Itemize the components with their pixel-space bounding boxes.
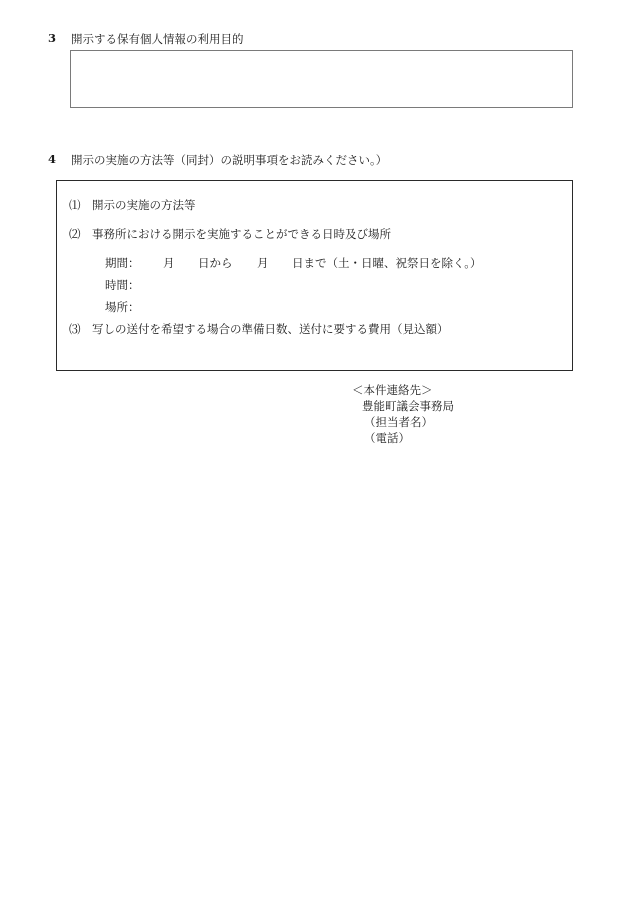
contact-person: （担当者名） [364,414,433,430]
period-until: 日まで（土・日曜、祝祭日を除く。） [292,255,482,271]
item-3-number: ⑶ [69,321,81,337]
period-month-1: 月 [163,255,175,271]
contact-office: 豊能町議会事務局 [362,398,454,414]
item-2-label: 事務所における開示を実施することができる日時及び場所 [92,226,391,242]
item-2-number: ⑵ [69,226,81,242]
section-4-number: 4 [48,152,56,166]
item-3-label: 写しの送付を希望する場合の準備日数、送付に要する費用（見込額） [92,321,449,337]
purpose-of-use-field[interactable] [70,50,573,108]
time-label: 時間： [105,277,140,293]
period-month-2: 月 [257,255,269,271]
section-3-title: 開示する保有個人情報の利用目的 [71,31,244,47]
contact-phone: （電話） [364,430,410,446]
period-label: 期間： [105,255,140,271]
item-1-number: ⑴ [69,197,81,213]
place-label: 場所： [105,299,140,315]
section-3-number: 3 [48,31,56,45]
period-from: 日から [198,255,233,271]
item-1-label: 開示の実施の方法等 [92,197,196,213]
section-4-title: 開示の実施の方法等（同封）の説明事項をお読みください。） [71,152,387,168]
contact-heading: ＜本件連絡先＞ [352,382,433,398]
